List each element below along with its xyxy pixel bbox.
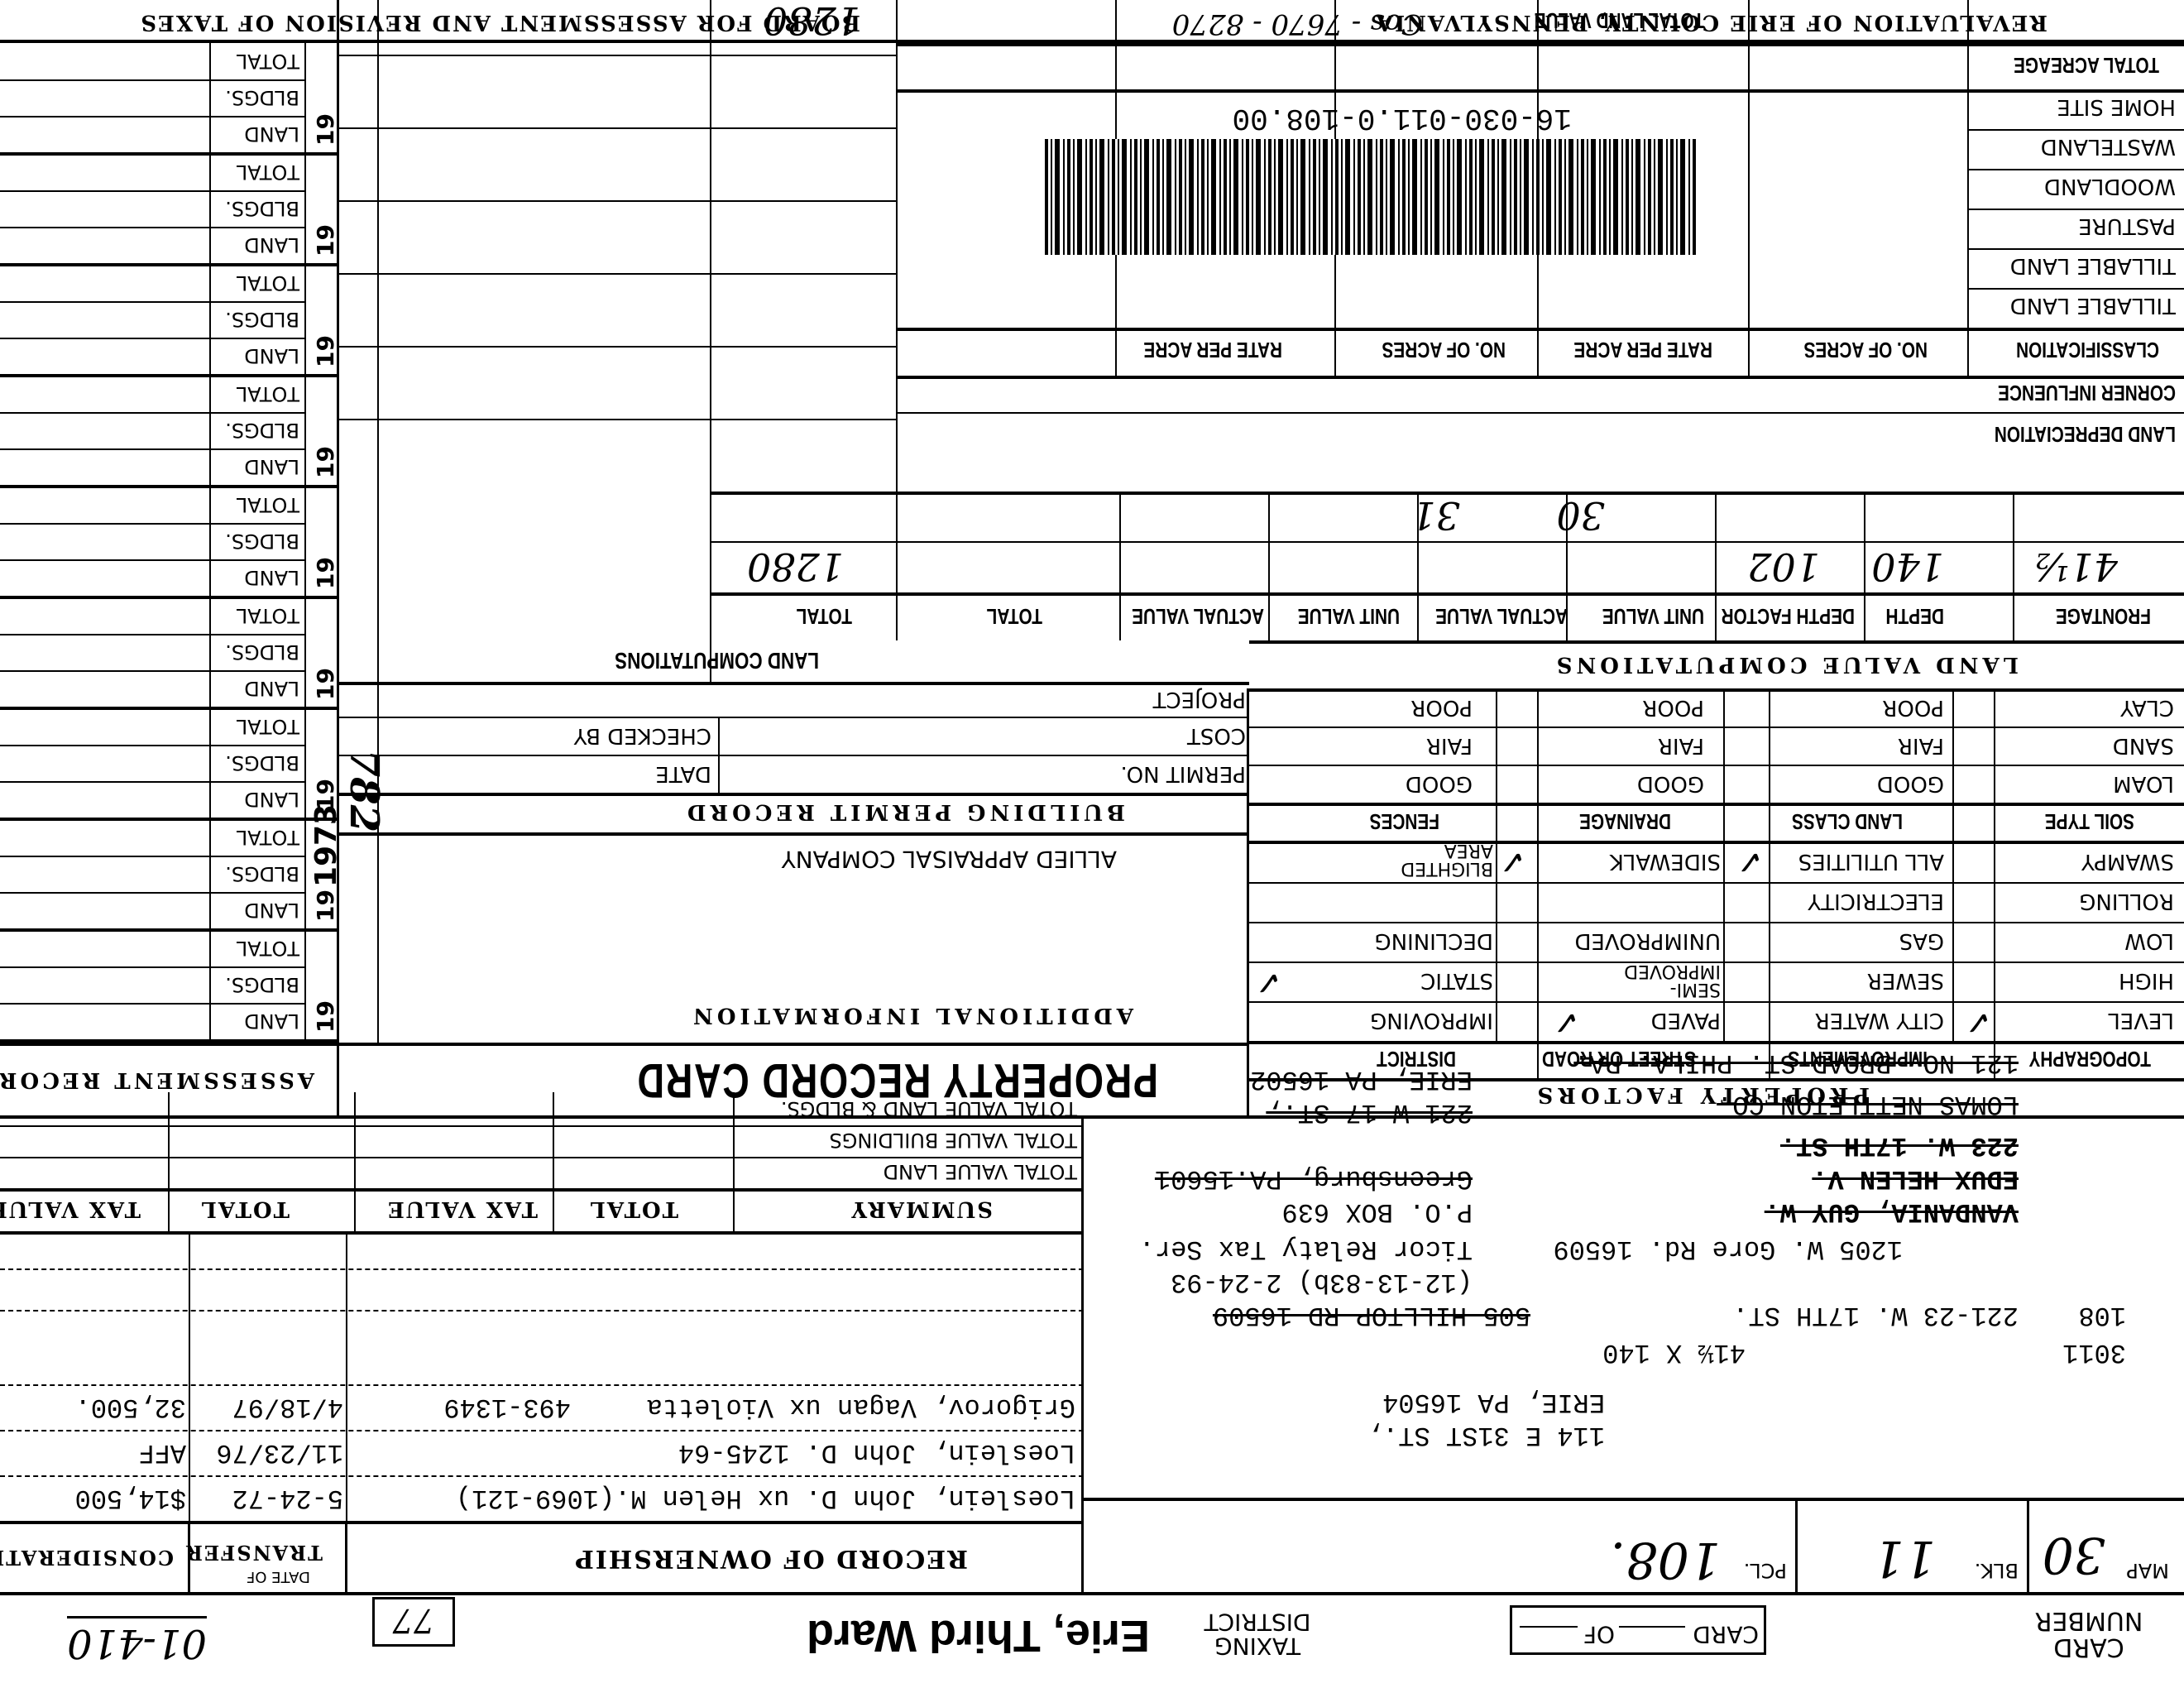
owner-struck-1: VANDANIA, GUY W. (1765, 1198, 2019, 1225)
check-mark-icon[interactable]: ✓ (1736, 842, 1764, 880)
summary-col-total-2: TOTAL (200, 1198, 290, 1220)
factor-street: SEMI-IMPROVED (1613, 961, 1721, 998)
assessment-value-divider (209, 856, 211, 892)
parcel-row: MAP 30 BLK. 11 PCL. 108. (1084, 1498, 2184, 1595)
factor-district: BLIGHTED AREA (1394, 841, 1493, 877)
assessment-value-field[interactable] (0, 523, 207, 559)
assessment-row: LAND (0, 116, 306, 152)
ownership-vline-date (346, 1231, 347, 1521)
assessment-row-label: LAND (244, 235, 299, 255)
soil-columns: SOIL TYPE LAND CLASS DRAINAGE FENCES (1249, 803, 2184, 841)
card-blank[interactable] (1619, 1626, 1685, 1628)
summary-row-label: TOTAL VALUE BUILDINGS (830, 1130, 1077, 1150)
ownership-row: Grigorov, Vagan ux Violetta 493-1349 4/1… (0, 1384, 1084, 1430)
col-rate-per-acre-2: RATE PER ACRE (1143, 339, 1282, 361)
assessment-row-label: LAND (244, 679, 299, 698)
permit-no-label: PERMIT NO. (1120, 763, 1246, 784)
assessment-row-label: LAND (244, 568, 299, 587)
assessment-row: BLDGS. (0, 412, 306, 448)
assessment-row-label: TOTAL (237, 273, 299, 293)
assessment-row: TOTAL (0, 154, 306, 190)
assessment-value-divider (209, 338, 211, 374)
soil-type: LOAM (2113, 773, 2174, 794)
land-computations-label: LAND COMPUTATIONS (615, 649, 819, 672)
col-actual-value-2: ACTUAL VALUE (1132, 606, 1264, 627)
lv-vline (1864, 492, 1865, 640)
fences: POOR (1410, 697, 1473, 718)
assessment-row-label: BLDGS. (225, 975, 299, 995)
assessment-value-divider (209, 116, 211, 152)
assessment-value-field[interactable] (0, 43, 207, 79)
class-label: TILLABLE LAND (2010, 295, 2176, 316)
assessment-row-label: TOTAL (237, 162, 299, 182)
land-class: FAIR (1898, 735, 1944, 756)
consideration-label: CONSIDERATION (0, 1547, 174, 1567)
assessment-value-field[interactable] (0, 966, 207, 1003)
col-frontage: FRONTAGE (2056, 606, 2151, 627)
lv-vline (1417, 492, 1419, 640)
depth-factor-value: 102 (1747, 544, 1820, 589)
col-no-acres-2: NO. OF ACRES (1382, 339, 1506, 361)
assessment-row-label: TOTAL (237, 495, 299, 515)
assessment-year-prefix: 19 (314, 335, 338, 367)
class-row: TILLABLE LAND (1969, 248, 2184, 288)
factor-topo: ROLLING (2079, 890, 2174, 912)
assessment-year-block: 19LANDBLDGS.TOTAL (0, 599, 339, 710)
assessment-year-block: 19LANDBLDGS.TOTAL (0, 156, 339, 266)
assessment-year-prefix: 19 (314, 668, 338, 700)
class-row: PASTURE (1969, 209, 2184, 248)
assessment-value-divider (209, 670, 211, 707)
land-value-title: LAND VALUE COMPUTATIONS (1553, 654, 2019, 675)
property-record-card: CARD NUMBER CARD OF TAXING DISTRICT Erie… (0, 0, 2184, 1688)
assessment-value-field[interactable] (0, 892, 207, 928)
file-number: 01-410 (67, 1616, 207, 1663)
class-label: WASTELAND (2041, 136, 2176, 157)
assessment-row: LAND (0, 670, 306, 707)
col-unit-value-1: UNIT VALUE (1602, 606, 1704, 627)
classification-header: CLASSIFICATION NO. OF ACRES RATE PER ACR… (898, 328, 2184, 376)
transfer-label: TRANSFER (184, 1542, 323, 1562)
assessment-row: TOTAL (0, 708, 306, 745)
assessment-row: TOTAL (0, 376, 306, 412)
taxing-district-value: Erie, Third Ward (807, 1614, 1150, 1658)
owner-struck-3: 223 W. 17TH ST. (1780, 1132, 2019, 1158)
assessment-value-field[interactable] (0, 227, 207, 263)
assessment-row-label: BLDGS. (225, 309, 299, 329)
pcl-cell: PCL. 108. (1084, 1498, 1795, 1595)
factor-improvement: ELECTRICITY (1808, 890, 1944, 912)
building-permit-title-row: BUILDING PERMIT RECORD (339, 793, 1249, 836)
assessment-value-divider (209, 154, 211, 190)
assessment-row-label: LAND (244, 124, 299, 144)
land-computations-title-row: LAND COMPUTATIONS (339, 639, 1249, 682)
summary-col-tax-1: TAX VALUE (386, 1198, 538, 1220)
assessment-value-divider (209, 448, 211, 485)
assessment-row-label: LAND (244, 900, 299, 920)
hilltop-address-struck: 505 HILLTOP RD 16509 (1213, 1302, 1530, 1328)
assessment-year-prefix: 19 (314, 113, 338, 146)
summary-col-total-1: TOTAL (589, 1198, 678, 1220)
taxing-district-label: TAXING DISTRICT (1191, 1609, 1324, 1658)
col-total-2: TOTAL (797, 606, 852, 627)
property-factors-title: PROPERTY FACTORS (1533, 1084, 1870, 1105)
col-no-acres-1: NO. OF ACRES (1804, 339, 1928, 361)
lv-vline (2013, 492, 2014, 640)
check-mark-icon[interactable]: ✓ (1498, 842, 1526, 880)
factor-row: ROLLING ELECTRICITY (1249, 882, 2184, 922)
land-value-header: FRONTAGE DEPTH DEPTH FACTOR UNIT VALUE A… (711, 592, 2184, 640)
land-depreciation-label: LAND DEPRECIATION (1995, 424, 2176, 445)
assessment-row-label: TOTAL (237, 938, 299, 958)
assessment-row-label: BLDGS. (225, 642, 299, 662)
owner-name: Loeslein, John D. ux Helen M.(1069-121) (456, 1484, 1075, 1511)
card-label: CARD (1693, 1623, 1759, 1646)
col-total-1: TOTAL (987, 606, 1042, 627)
assessment-value-field[interactable] (0, 79, 207, 116)
assessment-value-divider (209, 301, 211, 338)
class-label: TILLABLE LAND (2010, 255, 2176, 276)
assessment-value-divider (209, 892, 211, 928)
assessment-value-field[interactable] (0, 338, 207, 374)
assessment-row: BLDGS. (0, 745, 306, 781)
blk-cell: BLK. 11 (1795, 1498, 2027, 1595)
factor-street: PAVED (1651, 1009, 1721, 1031)
assessment-value-field[interactable] (0, 487, 207, 523)
col-land-class: LAND CLASS (1792, 811, 1903, 832)
permit-row: PERMIT NO. DATE (339, 755, 1249, 793)
assessment-value-field[interactable] (0, 412, 207, 448)
assessment-row: BLDGS. (0, 966, 306, 1003)
assessment-year-block: 19LANDBLDGS.TOTAL (0, 821, 339, 932)
assessment-title: ASSESSMENT RECORD (0, 1069, 314, 1091)
assessment-year-block: 19LANDBLDGS.TOTAL (0, 45, 339, 156)
ownership-row: Loeslein, John D. ux Helen M.(1069-121) … (0, 1475, 1084, 1521)
date-of-label: DATE OF (247, 1569, 310, 1584)
line-number-1: 3011 (2062, 1339, 2126, 1365)
owner-name: Grigorov, Vagan ux Violetta (647, 1393, 1075, 1420)
assessment-row: BLDGS. (0, 856, 306, 892)
assessment-value-field[interactable] (0, 154, 207, 190)
assessment-row-label: TOTAL (237, 717, 299, 736)
lot-size: 41½ X 140 (1602, 1339, 1746, 1365)
transfer-date: 4/18/97 (232, 1393, 343, 1420)
assessment-value-divider (209, 376, 211, 412)
col-drainage: DRAINAGE (1579, 811, 1671, 832)
date-label: DATE (655, 763, 711, 784)
land-value-row: 30 31 (711, 492, 2184, 541)
assessment-row: LAND (0, 448, 306, 485)
class-label: HOME SITE (2057, 96, 2176, 117)
ownership-col-divider-1 (345, 1521, 347, 1595)
right-grid (339, 43, 898, 492)
barcode (1042, 139, 1696, 255)
land-class: POOR (1882, 697, 1944, 718)
col-topography: TOPOGRAPHY (2028, 1048, 2151, 1070)
ownership-col-divider-2 (188, 1521, 190, 1595)
check-mark-icon[interactable]: ✓ (1964, 1003, 1992, 1041)
assessment-value-field[interactable] (0, 559, 207, 596)
district-code-value: 77 (393, 1601, 435, 1639)
consideration: 32,500. (75, 1393, 186, 1420)
assessment-value-divider (209, 412, 211, 448)
soil-row: SAND FAIR FAIR FAIR (1249, 727, 2184, 765)
summary-row: TOTAL VALUE BUILDINGS (0, 1125, 1084, 1157)
checked-by-label: CHECKED BY (574, 725, 711, 746)
assessment-value-field[interactable] (0, 708, 207, 745)
assessment-value-field[interactable] (0, 781, 207, 818)
assessment-year-prefix: 19 (314, 1000, 338, 1033)
assessment-value-field[interactable] (0, 634, 207, 670)
assessment-value-divider (209, 781, 211, 818)
summary-title: SUMMARY (850, 1198, 993, 1220)
summary-row: TOTAL VALUE LAND (0, 1157, 1084, 1188)
summary-row-label: TOTAL VALUE LAND (884, 1162, 1077, 1182)
assessment-row: BLDGS. (0, 634, 306, 670)
factor-topo: SWAMPY (2081, 851, 2174, 872)
assessment-row-label: BLDGS. (225, 753, 299, 773)
lv-vline (1566, 492, 1568, 640)
drainage: FAIR (1658, 735, 1704, 756)
assessment-value-divider (209, 227, 211, 263)
consideration: AFF (138, 1439, 186, 1465)
factor-vline (1952, 688, 1954, 1041)
owner-struck-2: EDUX HELEN V. (1812, 1165, 2019, 1192)
factor-improvement: GAS (1899, 930, 1944, 952)
assessment-value-divider (209, 43, 211, 79)
assessment-row: LAND (0, 892, 306, 928)
assessment-row-label: BLDGS. (225, 199, 299, 218)
additional-info-title: ADDITIONAL INFORMATION (689, 1005, 1133, 1026)
assessment-row: LAND (0, 227, 306, 263)
assessment-value-field[interactable] (0, 301, 207, 338)
prior-address-2: ERIE, PA 16504 (1382, 1388, 1605, 1415)
assessment-row: LAND (0, 338, 306, 374)
col-rate-per-acre-1: RATE PER ACRE (1573, 339, 1712, 361)
footer-left-title: BOARD FOR ASSESSMENT AND REVISION OF TAX… (139, 12, 860, 33)
assessment-value-field[interactable] (0, 745, 207, 781)
land-value-title-row: LAND VALUE COMPUTATIONS (1249, 640, 2184, 688)
assessment-value-divider (209, 930, 211, 966)
factor-vline (1496, 688, 1497, 1041)
ownership-row-empty (0, 1268, 1084, 1310)
owner-name: Loeslein, John D. 1245-64 (678, 1439, 1075, 1465)
soil-row: LOAM GOOD GOOD GOOD (1249, 765, 2184, 803)
blk-label: BLK. (1975, 1561, 2019, 1580)
assessment-value-field[interactable] (0, 448, 207, 485)
blk-value: 11 (1873, 1529, 1936, 1587)
ownership-row-empty (0, 1231, 1084, 1268)
factor-row: LEVEL ✓ CITY WATER PAVED ✓ IMPROVING (1249, 1001, 2184, 1041)
of-label: OF (1583, 1623, 1615, 1646)
factor-row: HIGH SEWER SEMI-IMPROVED STATIC ✓ (1249, 961, 2184, 1001)
col-soil-type: SOIL TYPE (2045, 811, 2134, 832)
fences: GOOD (1406, 773, 1473, 794)
of-blank[interactable] (1520, 1626, 1578, 1628)
building-permit-title: BUILDING PERMIT RECORD (683, 801, 1125, 822)
assessment-year-prefix: 19 (314, 779, 338, 811)
assessment-row: LAND (0, 1003, 306, 1039)
assessment-value-field[interactable] (0, 819, 207, 856)
assessment-value-field[interactable] (0, 116, 207, 152)
factor-district: DECLINING (1375, 930, 1493, 952)
assessment-value-field[interactable] (0, 597, 207, 634)
assessment-value-field[interactable] (0, 856, 207, 892)
land-total-value: 1280 (747, 544, 844, 589)
tax-service: Ticor Relaty Tax Ser. (1139, 1235, 1473, 1262)
factor-topo: LEVEL (2108, 1009, 2174, 1031)
class-row: TILLABLE LAND (1969, 288, 2184, 328)
assessment-row: BLDGS. (0, 79, 306, 116)
assessment-row-label: TOTAL (237, 51, 299, 71)
footer-handwritten-ref: Cos - 7670 - 8270 (1172, 10, 1423, 38)
summary-header: SUMMARY TOTAL TAX VALUE TOTAL TAX VALUE (0, 1188, 1084, 1231)
project-label: PROJECT (1153, 688, 1246, 710)
land-class: GOOD (1877, 773, 1944, 794)
assessment-value-field[interactable] (0, 670, 207, 707)
factor-topo: LOW (2124, 930, 2174, 952)
stamp-value: 782 (344, 750, 384, 832)
factor-vline (1723, 688, 1725, 1041)
land-depreciation-row: LAND DEPRECIATION (898, 412, 2184, 492)
assessment-row: TOTAL (0, 597, 306, 634)
pcl-label: PCL. (1744, 1561, 1787, 1580)
drainage: GOOD (1637, 773, 1704, 794)
assessment-value-field[interactable] (0, 930, 207, 966)
assessment-value-divider (209, 597, 211, 634)
assessment-value-divider (209, 487, 211, 523)
assessment-row: TOTAL (0, 265, 306, 301)
assessment-year-block: 19LANDBLDGS.TOTAL (0, 710, 339, 821)
assessment-value-divider (209, 1003, 211, 1039)
col-actual-value-1: ACTUAL VALUE (1435, 606, 1568, 627)
check-mark-icon[interactable]: ✓ (1552, 1003, 1580, 1041)
factor-vline (1994, 688, 1995, 1078)
col-depth-factor: DEPTH FACTOR (1722, 606, 1855, 627)
lv-vline (1268, 492, 1270, 640)
assessment-row: LAND (0, 781, 306, 818)
assessment-row-label: BLDGS. (225, 864, 299, 884)
assessment-row-label: LAND (244, 1011, 299, 1031)
assessment-row: TOTAL (0, 819, 306, 856)
assessment-year-block: 19LANDBLDGS.TOTAL (0, 488, 339, 599)
property-address: 221-23 W. 17TH ST. (1732, 1302, 2019, 1328)
lv-vline (1119, 492, 1121, 640)
col-improvements: IMPROVEMENTS (1788, 1048, 1928, 1070)
city-struck: Greensburg, PA.15601 (1155, 1165, 1473, 1192)
land-value-row: 41½ 140 102 1280 (711, 541, 2184, 592)
card-title: PROPERTY RECORD CARD (636, 1056, 1158, 1104)
assessment-row: LAND (0, 559, 306, 596)
assessment-row-label: TOTAL (237, 384, 299, 404)
total-acreage-row: TOTAL ACREAGE (898, 43, 2184, 89)
assessment-year-prefix: 19 (314, 446, 338, 478)
frontage-value: 41½ (2033, 544, 2118, 589)
factor-improvement: CITY WATER (1815, 1009, 1944, 1031)
col-street-road: STREET OR ROAD (1542, 1048, 1696, 1070)
assessment-value-divider (209, 745, 211, 781)
assessment-value-divider (209, 190, 211, 227)
corner-influence-row: CORNER INFLUENCE (898, 376, 2184, 412)
card-title-row: PROPERTY RECORD CARD (339, 1043, 1249, 1115)
pcl-value: 108. (1610, 1531, 1721, 1589)
transfer-date: 11/23/76 (216, 1439, 343, 1465)
current-address: 1205 W. Gore Rd. 16509 (1554, 1235, 1903, 1262)
assessment-value-divider (209, 523, 211, 559)
half-divider (0, 1115, 2184, 1119)
class-row: WASTELAND (1969, 129, 2184, 169)
assessment-value-field[interactable] (0, 190, 207, 227)
cost-row: COST CHECKED BY (339, 717, 1249, 755)
assessment-value-field[interactable] (0, 265, 207, 301)
assessment-row-label: TOTAL (237, 606, 299, 626)
assessment-row: BLDGS. (0, 523, 306, 559)
assessment-value-divider (209, 819, 211, 856)
card-of-box: CARD OF (1510, 1605, 1766, 1655)
factor-row: SWAMPY ALL UTILITIES ✓ SIDEWALK ✓ BLIGHT… (1249, 841, 2184, 882)
line-number-2: 108 (2078, 1302, 2126, 1328)
col-depth: DEPTH (1886, 606, 1945, 627)
corner-influence-label: CORNER INFLUENCE (1998, 382, 2176, 404)
assessment-value-field[interactable] (0, 1003, 207, 1039)
factor-improvement: SEWER (1867, 970, 1944, 991)
ownership-row: Loeslein, John D. 1245-64 11/23/76 AFF (0, 1430, 1084, 1475)
col-district: DISTRICT (1377, 1048, 1456, 1070)
assessment-value-divider (209, 79, 211, 116)
assessment-row-label: BLDGS. (225, 88, 299, 108)
cost-label: COST (1187, 725, 1246, 746)
assessment-year-prefix: 19 (314, 557, 338, 589)
class-row: WOODLAND (1969, 169, 2184, 209)
allied-appraisal-company: ALLIED APPRAISAL COMPANY (782, 847, 1117, 870)
class-label: PASTURE (2078, 215, 2176, 237)
ownership-title: RECORD OF OWNERSHIP (573, 1546, 968, 1571)
project-row: PROJECT (339, 682, 1249, 717)
assessment-value-divider (209, 559, 211, 596)
transfer-date: 5-24-72 (232, 1484, 343, 1511)
assessment-row-label: LAND (244, 457, 299, 477)
soil-type: SAND (2113, 735, 2174, 756)
assessment-row: TOTAL (0, 930, 306, 966)
po-box: P.O. BOX 639 (1282, 1198, 1473, 1225)
permit-vline (718, 717, 720, 793)
assessment-row-label: TOTAL (237, 827, 299, 847)
assessment-row: BLDGS. (0, 301, 306, 338)
check-mark-icon[interactable]: ✓ (1254, 963, 1282, 1001)
assessment-row: TOTAL (0, 487, 306, 523)
district-code-box: 77 (372, 1597, 455, 1647)
ownership-row-empty (0, 1310, 1084, 1384)
depth-value: 140 (1871, 544, 1944, 589)
factor-topo: HIGH (2119, 970, 2174, 991)
assessment-value-field[interactable] (0, 376, 207, 412)
footer-right-title: REVALUATION OF ERIE COUNTY, PENNSYLVANIA (1375, 12, 2047, 33)
assessment-row-label: BLDGS. (225, 531, 299, 551)
factor-street: UNIMPROVED (1574, 930, 1721, 952)
consideration: $14,500 (75, 1484, 186, 1511)
assessment-year-prefix: 19 (314, 224, 338, 257)
map-cell: MAP 30 (2027, 1498, 2184, 1595)
property-factors-columns: TOPOGRAPHY IMPROVEMENTS STREET OR ROAD D… (1249, 1041, 2184, 1078)
assessment-title-row: ASSESSMENT RECORD (0, 1043, 339, 1115)
assessment-row-label: BLDGS. (225, 420, 299, 440)
assessment-value-divider (209, 265, 211, 301)
assessment-year-block: 19LANDBLDGS.TOTAL (0, 377, 339, 488)
assessment-row-label: LAND (244, 789, 299, 809)
assessment-year-block: 19LANDBLDGS.TOTAL (0, 266, 339, 377)
property-factors-title-row: PROPERTY FACTORS (1249, 1078, 2184, 1115)
prior-address-1: 114 E 31ST ST., (1367, 1422, 1605, 1448)
